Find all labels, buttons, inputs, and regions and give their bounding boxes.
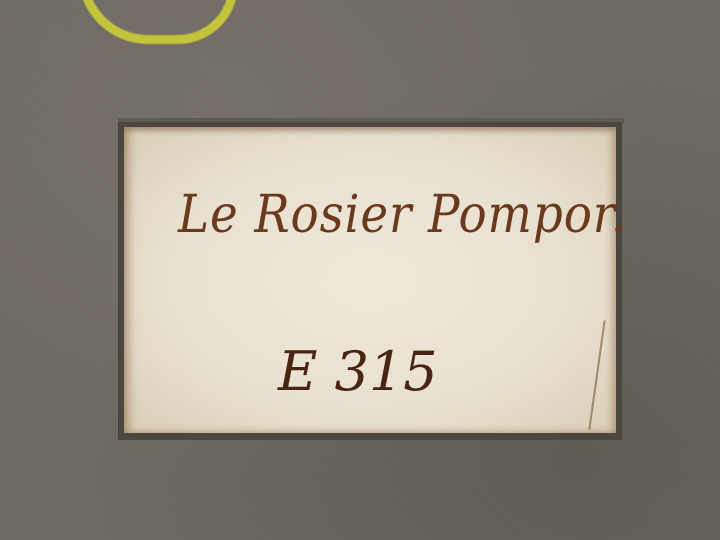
label-title-text: Le Rosier Pompor. <box>178 185 627 245</box>
label-catalog-number: E 315 <box>278 340 438 403</box>
